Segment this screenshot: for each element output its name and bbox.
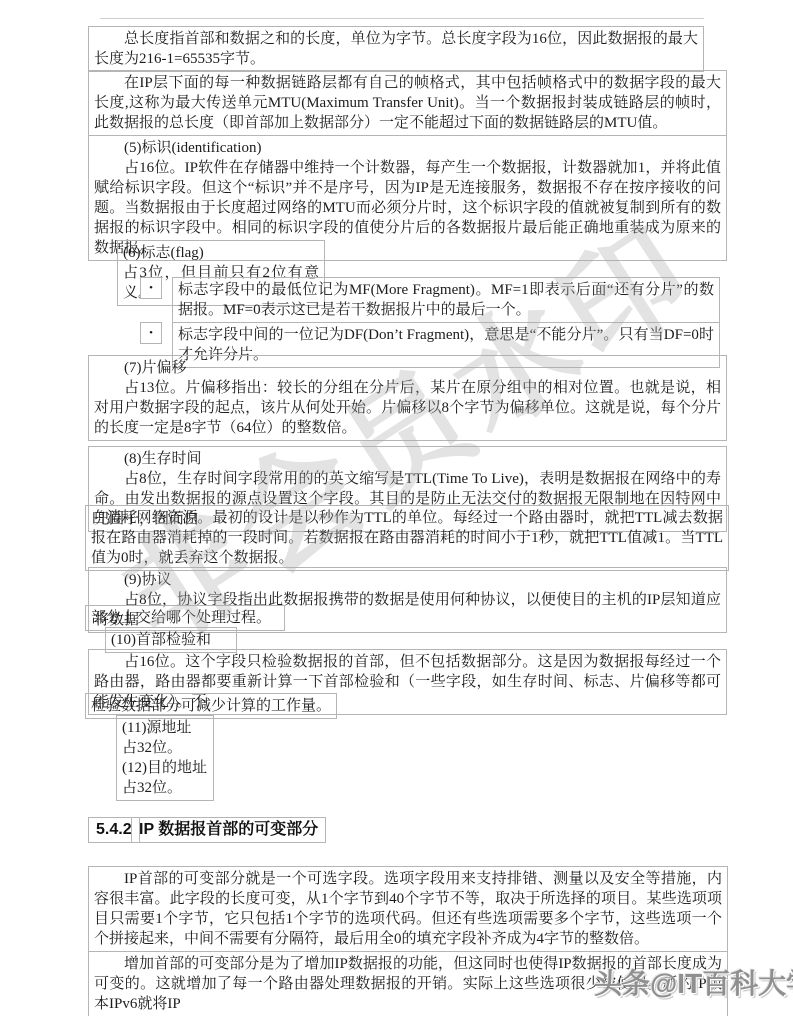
bullet-icon: • <box>140 322 162 344</box>
identification-title: (5)标识(identification) <box>94 138 721 158</box>
para-total-length: 总长度指首部和数据之和的长度，单位为字节。总长度字段为16位，因此数据报的最大长… <box>88 26 704 72</box>
checksum-body-part2: 检验数据部分可减少计算的工作量。 <box>91 696 331 716</box>
para-addresses: (11)源地址 占32位。 (12)目的地址 占32位。 <box>116 715 214 801</box>
para-fragment-offset: (7)片偏移 占13位。片偏移指出：较长的分组在分片后，某片在原分组中的相对位置… <box>88 355 727 441</box>
dest-address-title: (12)目的地址 <box>122 758 208 778</box>
brand-overlay: 头条@IT百科大学堂 <box>594 974 793 994</box>
flag-bullet-row-mf: • 标志字段中的最低位记为MF(More Fragment)。MF=1即表示后面… <box>140 277 720 323</box>
protocol-body-part2: 部分上交给哪个处理过程。 <box>91 608 279 628</box>
section-title: IP 数据报首部的可变部分 <box>131 817 326 843</box>
flag-bullet-mf-text: 标志字段中的最低位记为MF(More Fragment)。MF=1即表示后面“还… <box>178 280 714 320</box>
document-page: 总长度指首部和数据之和的长度，单位为字节。总长度字段为16位，因此数据报的最大长… <box>0 0 793 1016</box>
page-top-rule <box>100 18 704 19</box>
fragment-offset-title: (7)片偏移 <box>94 358 721 378</box>
para-total-length-text: 总长度指首部和数据之和的长度，单位为字节。总长度字段为16位，因此数据报的最大长… <box>94 29 698 69</box>
para-mtu: 在IP层下面的每一种数据链路层都有自己的帧格式，其中包括帧格式中的数据字段的最大… <box>88 70 727 136</box>
variable-part-intro-text: IP首部的可变部分就是一个可选字段。选项字段用来支持排错、测量以及安全等措施，内… <box>94 869 722 949</box>
para-variable-part-intro: IP首部的可变部分就是一个可选字段。选项字段用来支持排错、测量以及安全等措施，内… <box>88 866 728 952</box>
source-address-title: (11)源地址 <box>122 718 208 738</box>
bullet-icon: • <box>140 277 162 299</box>
flag-title: (6)标志(flag) <box>123 243 319 263</box>
fragment-offset-body: 占13位。片偏移指出：较长的分组在分片后，某片在原分组中的相对位置。也就是说，相… <box>94 378 721 438</box>
protocol-title: (9)协议 <box>94 570 721 590</box>
para-ttl-part2: 白消耗网络资源。最初的设计是以秒作为TTL的单位。每经过一个路由器时，就把TTL… <box>85 505 729 571</box>
dest-address-size: 占32位。 <box>122 778 208 798</box>
source-address-size: 占32位。 <box>122 738 208 758</box>
checksum-title: (10)首部检验和 <box>111 630 231 650</box>
flag-bullet-mf: 标志字段中的最低位记为MF(More Fragment)。MF=1即表示后面“还… <box>172 277 720 323</box>
para-mtu-text: 在IP层下面的每一种数据链路层都有自己的帧格式，其中包括帧格式中的数据字段的最大… <box>94 73 721 133</box>
ttl-title: (8)生存时间 <box>94 449 721 469</box>
ttl-body-part2: 白消耗网络资源。最初的设计是以秒作为TTL的单位。每经过一个路由器时，就把TTL… <box>91 508 723 568</box>
